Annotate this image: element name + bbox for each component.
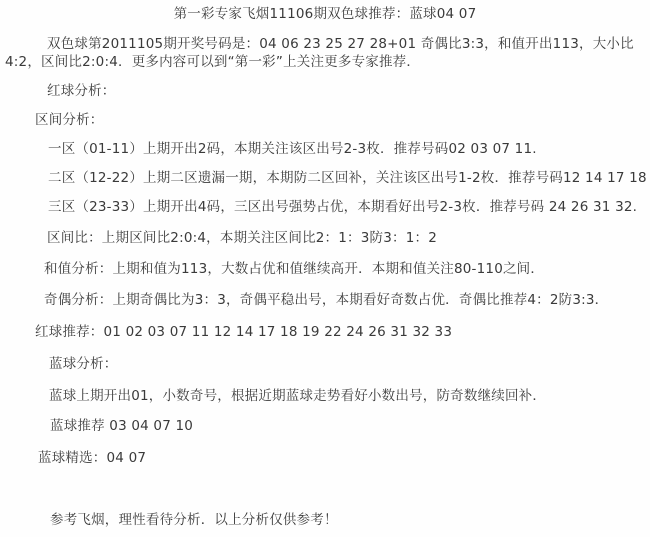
zone-analysis-heading: 区间分析： — [35, 113, 104, 128]
disclaimer-footer-line: 参考飞烟，理性看待分析．以上分析仅供参考！ — [50, 513, 338, 528]
zone-ratio-line: 区间比：上期区间比2:0:4，本期关注区间比2：1：3防3：1：2 — [47, 231, 437, 246]
blue-ball-analysis-heading: 蓝球分析： — [49, 357, 118, 372]
article-title: 第一彩专家飞烟11106期双色球推荐：蓝球04 07 — [0, 7, 650, 22]
blue-ball-analysis-line: 蓝球上期开出01，小数奇号，根据近期蓝球走势看好小数出号，防奇数继续回补． — [49, 389, 546, 404]
red-ball-recommendation-line: 红球推荐：01 02 03 07 11 12 14 17 18 19 22 24… — [35, 325, 452, 340]
zone-1-analysis-line: 一区（01-11）上期开出2码，本期关注该区出号2-3枚．推荐号码02 03 0… — [48, 142, 537, 157]
red-ball-analysis-heading: 红球分析： — [47, 84, 116, 99]
odd-even-analysis-line: 奇偶分析：上期奇偶比为3：3，奇偶平稳出号，本期看好奇数占优．奇偶比推荐4：2防… — [44, 293, 608, 308]
blue-ball-final-pick-line: 蓝球精选：04 07 — [38, 451, 146, 466]
intro-paragraph: 双色球第2011105期开奖号码是：04 06 23 25 27 28+01 奇… — [5, 36, 648, 71]
blue-ball-recommendation-line: 蓝球推荐 03 04 07 10 — [50, 419, 193, 434]
lottery-analysis-article: 第一彩专家飞烟11106期双色球推荐：蓝球04 07 双色球第2011105期开… — [0, 0, 650, 537]
zone-3-analysis-line: 三区（23-33）上期开出4码，三区出号强势占优，本期看好出号2-3枚．推荐号码… — [48, 200, 637, 215]
zone-2-analysis-line: 二区（12-22）上期二区遗漏一期，本期防二区回补，关注该区出号1-2枚．推荐号… — [48, 171, 650, 186]
sum-value-analysis-line: 和值分析：上期和值为113，大数占优和值继续高开．本期和值关注80-110之间． — [44, 262, 544, 277]
